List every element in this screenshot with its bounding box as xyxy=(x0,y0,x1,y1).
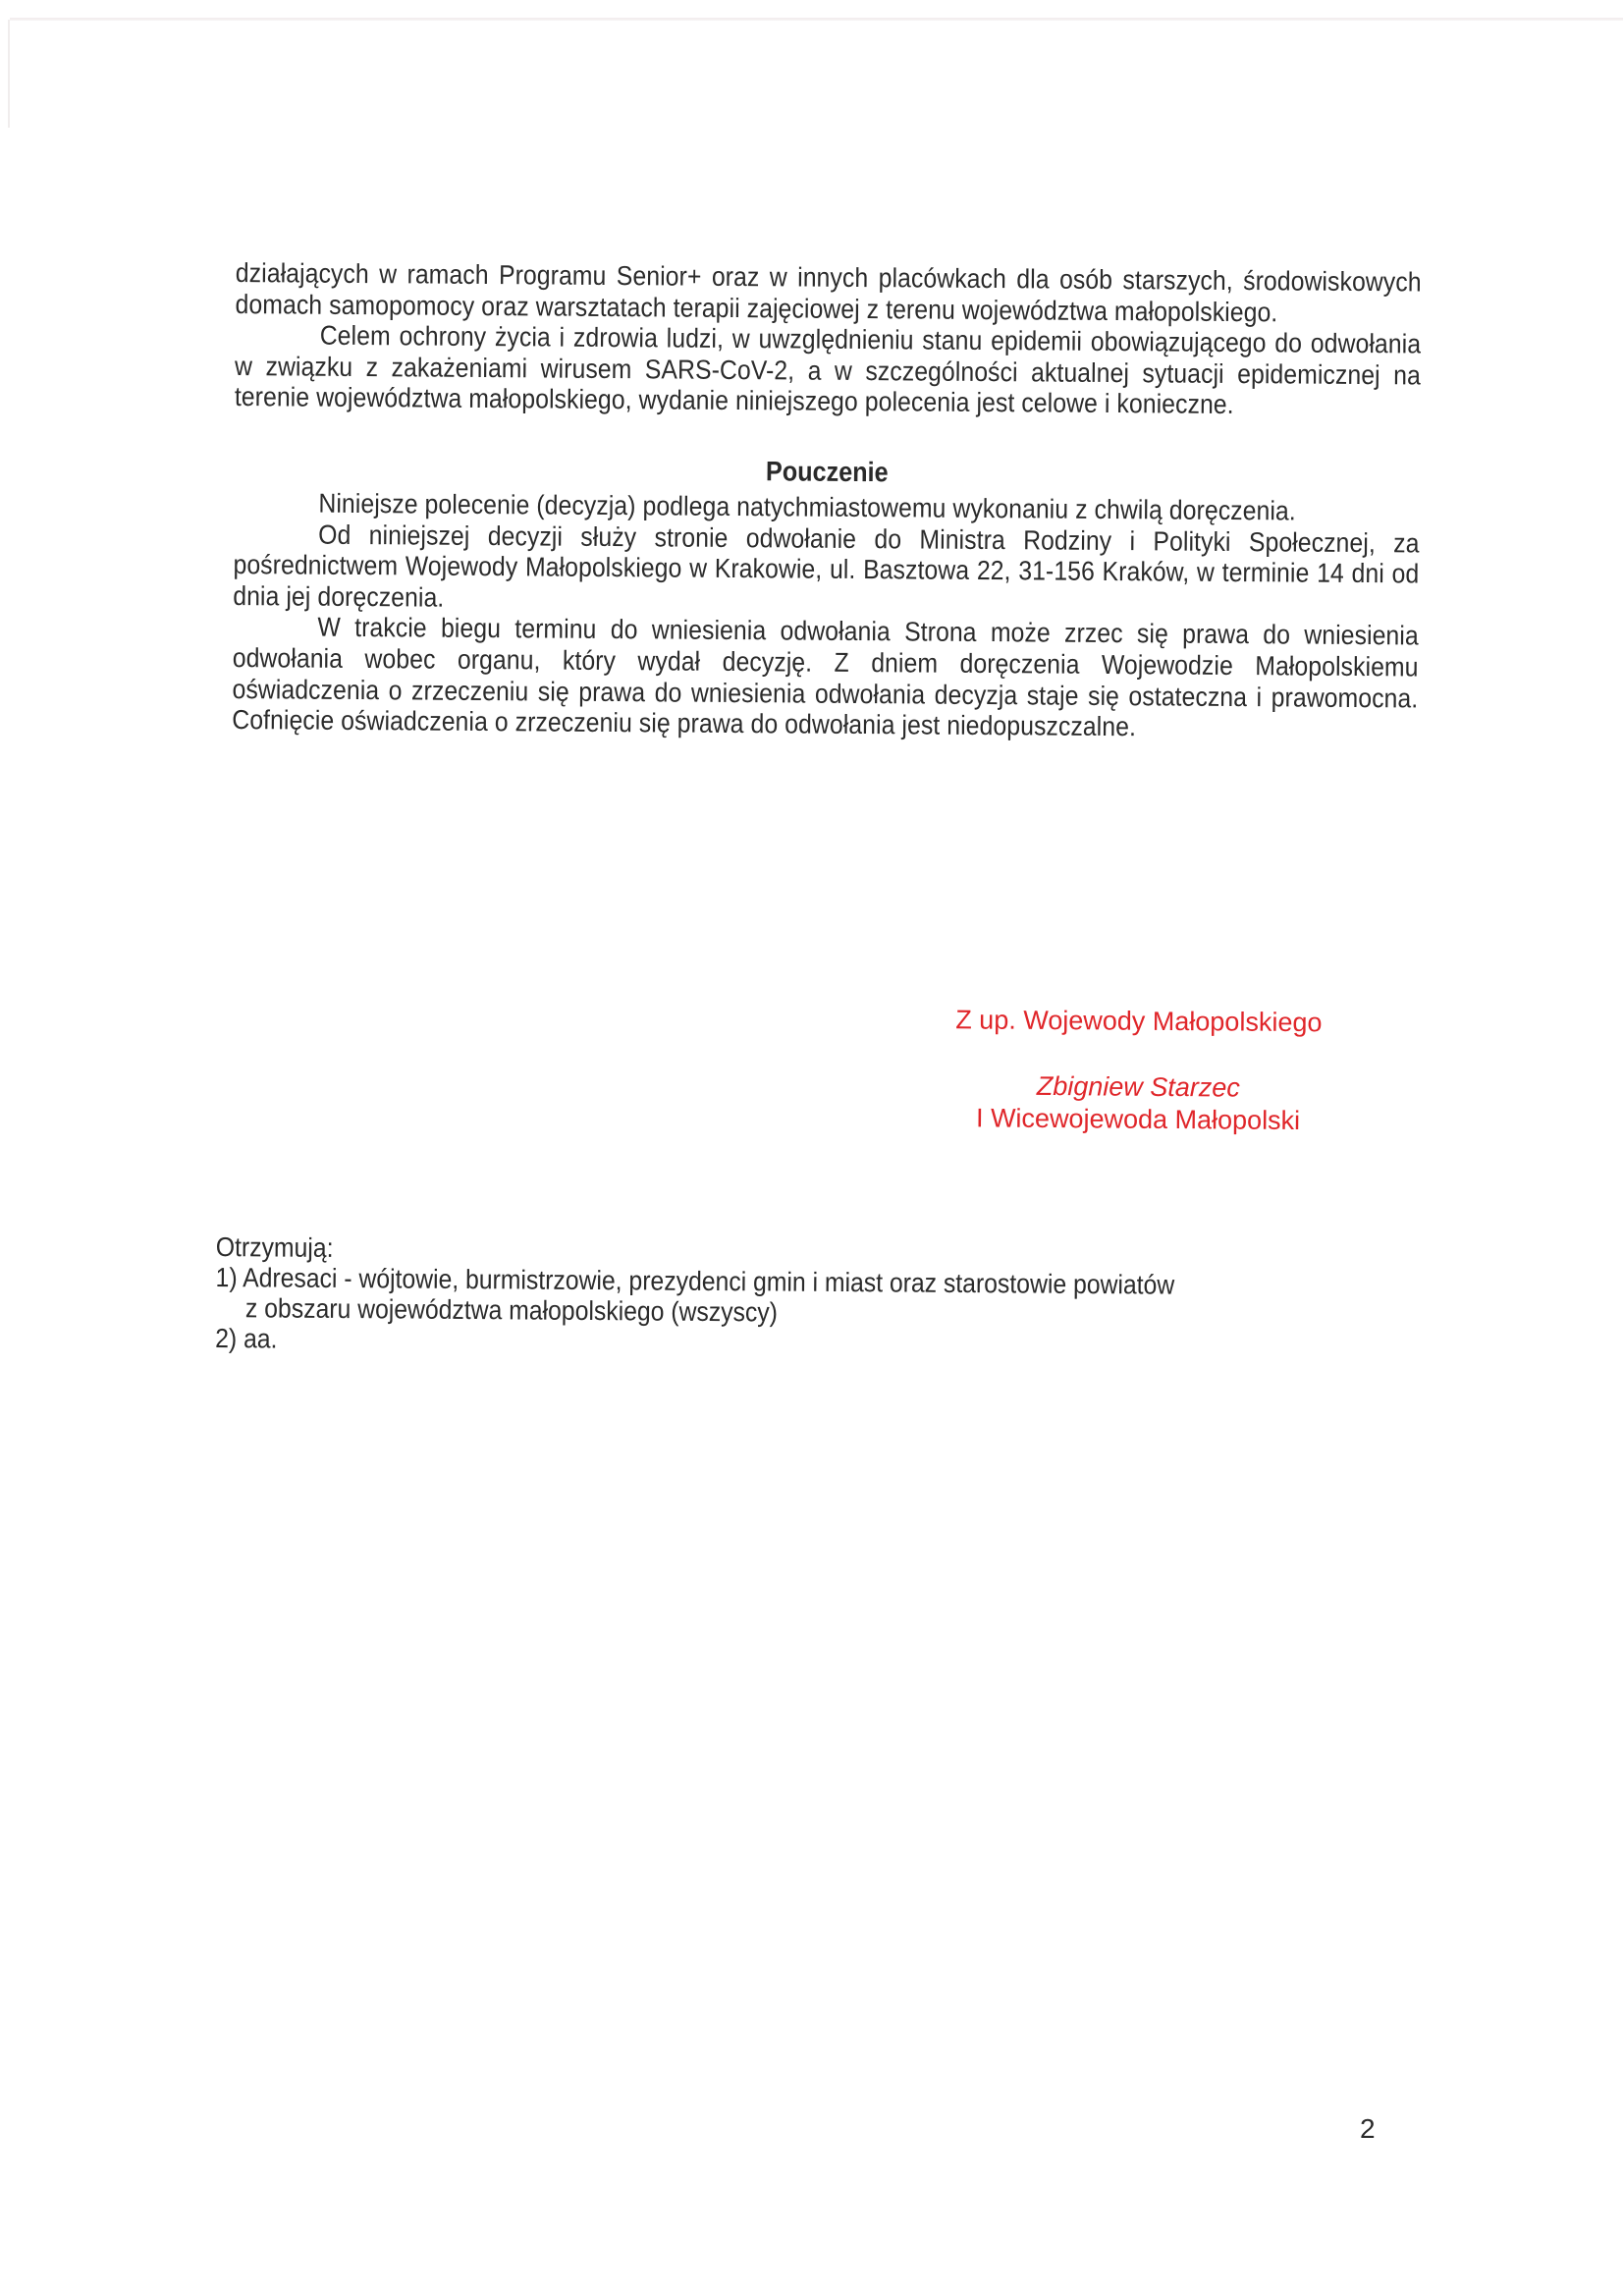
instruction-paragraph-3: W trakcie biegu terminu do wniesienia od… xyxy=(232,611,1419,744)
instruction-paragraph-2: Od niniejszej decyzji służy stronie odwo… xyxy=(233,519,1420,621)
page-number: 2 xyxy=(1360,2113,1376,2145)
signature-title: I Wicewojewoda Małopolski xyxy=(922,1102,1354,1137)
signature-block: Z up. Wojewody Małopolskiego Zbigniew St… xyxy=(922,1004,1355,1137)
instruction-heading: Pouczenie xyxy=(294,452,1361,492)
intro-paragraph: działających w ramach Programu Senior+ o… xyxy=(236,257,1422,329)
signature-on-behalf: Z up. Wojewody Małopolskiego xyxy=(923,1004,1355,1039)
signature-name: Zbigniew Starzec xyxy=(922,1069,1354,1105)
document-body: działających w ramach Programu Senior+ o… xyxy=(232,257,1422,744)
scan-edge-left xyxy=(8,20,10,128)
justification-paragraph: Celem ochrony życia i zdrowia ludzi, w u… xyxy=(235,319,1422,421)
recipients-list: Otrzymują: 1) Adresaci - wójtowie, burmi… xyxy=(215,1231,1414,1363)
scan-edge-top xyxy=(10,18,1623,21)
